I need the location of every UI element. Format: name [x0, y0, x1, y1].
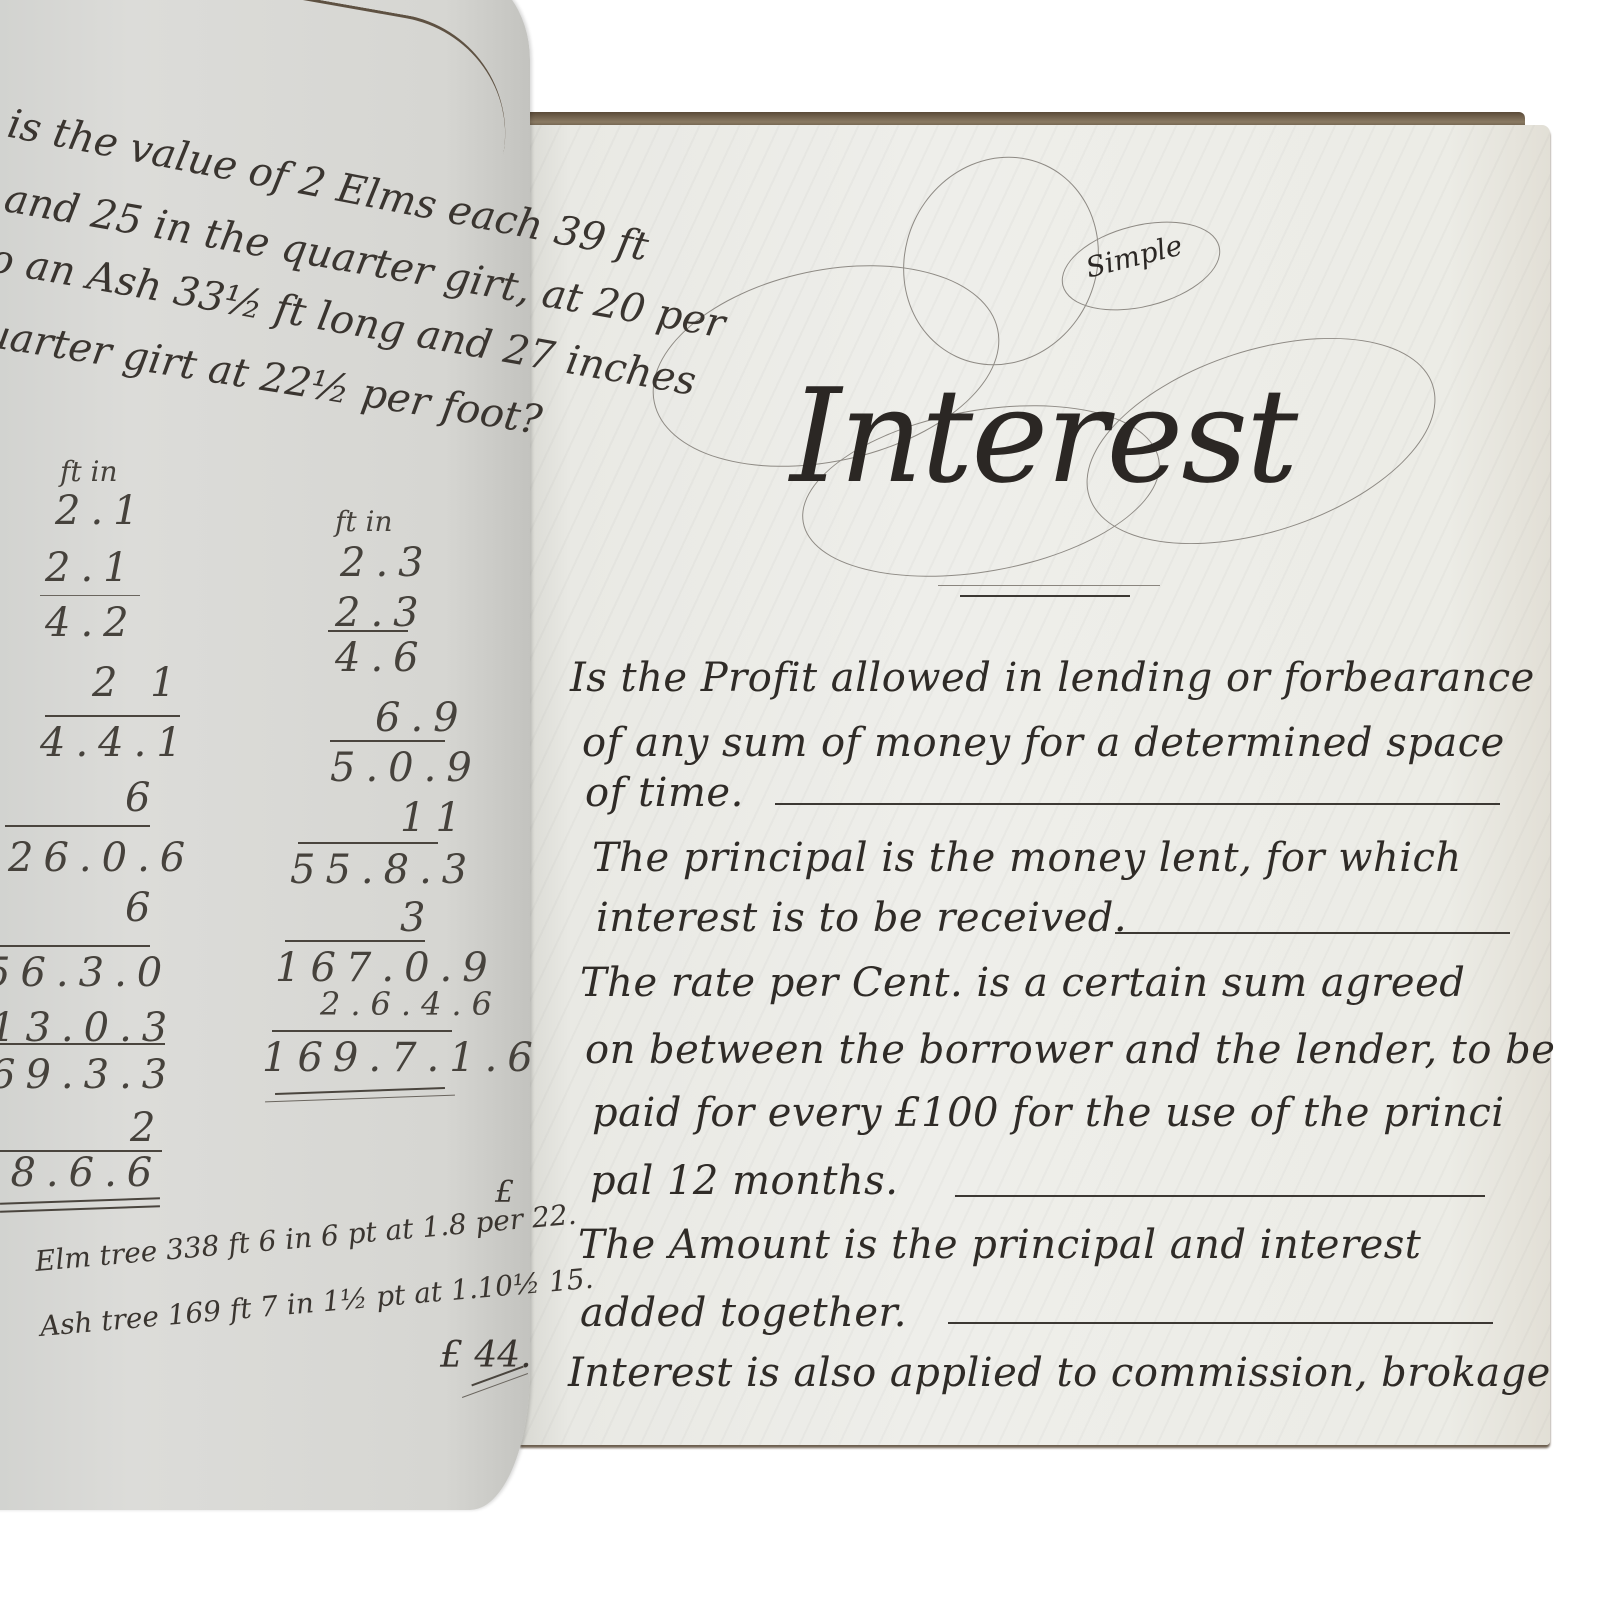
calc-row: 6.9 — [375, 695, 469, 741]
definition-line: The rate per Cent. is a certain sum agre… — [580, 960, 1465, 1006]
definition-line: on between the borrower and the lender, … — [585, 1027, 1555, 1073]
definition-line: paid for every £100 for the use of the p… — [592, 1090, 1505, 1136]
calc-row: 5.0.9 — [330, 745, 482, 791]
calc-rule — [330, 740, 445, 742]
calc-row: 2.1 — [45, 545, 139, 591]
calc-rule — [5, 825, 150, 827]
definition-line: The principal is the money lent, for whi… — [592, 835, 1462, 881]
calc-rule — [328, 630, 408, 632]
definition-line: Interest is also applied to commission, … — [568, 1350, 1551, 1396]
calc-row: 4.2 — [45, 600, 139, 646]
definition-line: Is the Profit allowed in lending or forb… — [570, 655, 1535, 701]
calc-rule — [45, 715, 180, 717]
calc-row: 6 — [125, 775, 160, 821]
calc-header: ft in — [60, 455, 118, 488]
title-underline — [938, 585, 1160, 586]
calc-row: 4.4.1 — [40, 720, 192, 766]
line-end-rule — [948, 1322, 1493, 1324]
definition-line: The Amount is the principal and interest — [578, 1222, 1421, 1268]
calc-row: 169.7.1.6 — [262, 1035, 543, 1081]
calc-row: 38.6.6 — [0, 1150, 162, 1196]
line-end-rule — [775, 803, 1500, 805]
title-underline — [960, 595, 1130, 597]
calc-row: 2.1 — [55, 488, 149, 534]
calc-row: 69.3.3 — [0, 1052, 177, 1098]
summary-total: £ 44. — [440, 1335, 532, 1376]
calc-row: 11 — [400, 795, 471, 841]
title-interest: Interest — [790, 360, 1296, 512]
definition-line: of time. — [585, 770, 744, 816]
definition-line: pal 12 months. — [590, 1158, 898, 1204]
definition-line: interest is to be received. — [596, 895, 1127, 941]
calc-rule — [285, 940, 425, 942]
calc-rule — [0, 945, 150, 947]
calc-header: ft in — [335, 505, 393, 538]
calc-rule — [298, 842, 438, 844]
calc-row: 55.8.3 — [290, 847, 477, 893]
calc-row: 2 — [130, 1105, 165, 1151]
definition-line: of any sum of money for a determined spa… — [582, 720, 1505, 766]
calc-row: 3 — [400, 895, 435, 941]
calc-row: 6 — [125, 885, 160, 931]
line-end-rule — [955, 1195, 1485, 1197]
calc-row: 2.6.4.6 — [320, 985, 502, 1023]
open-copybook: Simple Interest Is the Profit allowed in… — [0, 0, 1600, 1600]
calc-rule — [272, 1030, 452, 1032]
line-end-rule — [1115, 932, 1510, 934]
calc-rule — [40, 595, 140, 596]
calc-row: 4.6 — [335, 635, 429, 681]
definition-line: added together. — [580, 1290, 907, 1336]
calc-row: 2.3 — [340, 540, 434, 586]
calc-row: 56.3.0 — [0, 950, 172, 996]
calc-rule — [0, 1043, 165, 1045]
calc-row: 2 1 — [92, 660, 186, 706]
calc-row: 26.0.6 — [8, 835, 195, 881]
